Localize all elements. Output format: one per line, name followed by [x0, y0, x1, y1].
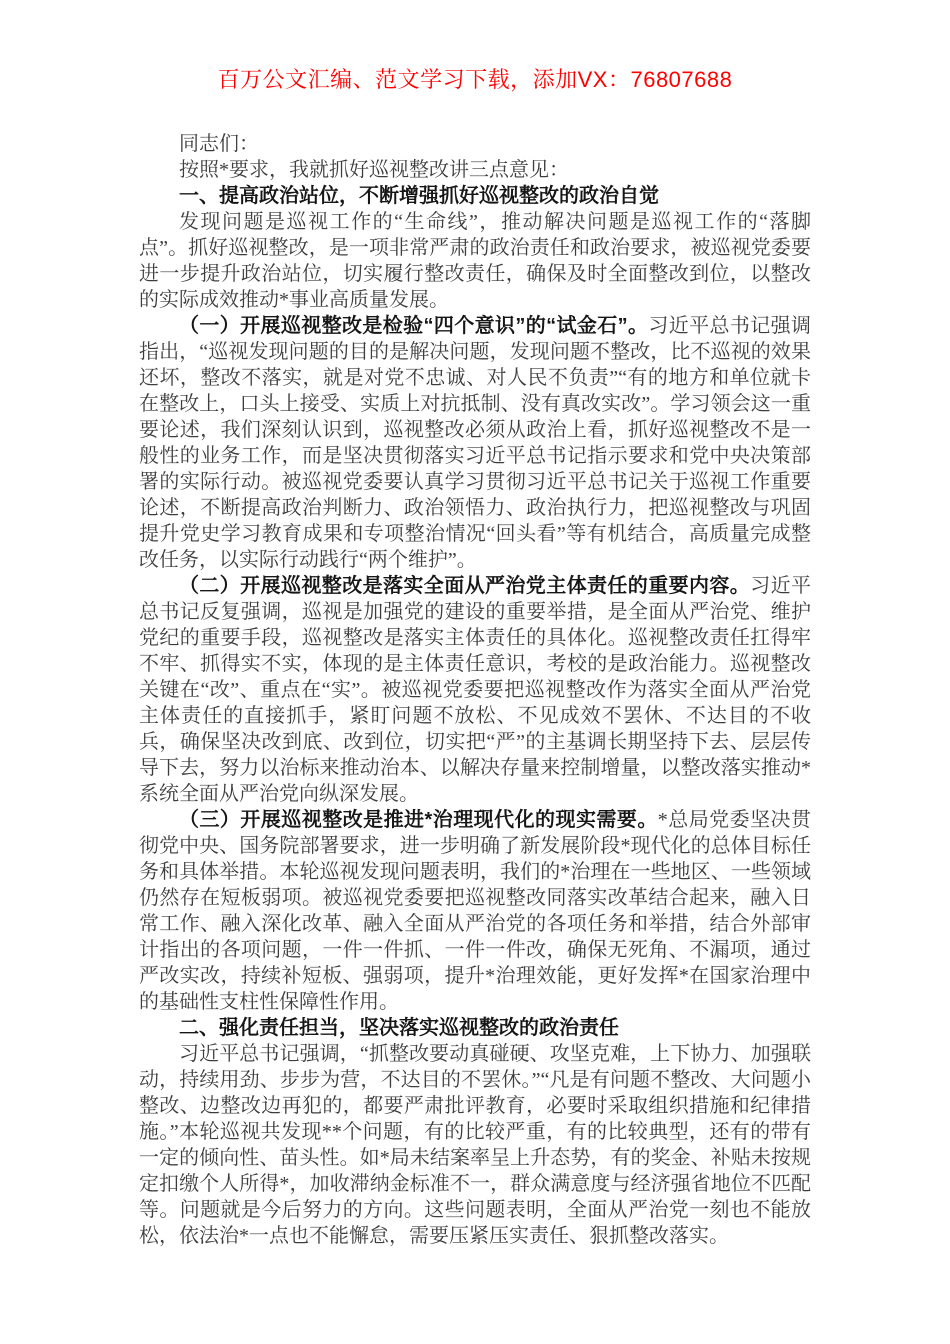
document-page: 百万公文汇编、范文学习下载，添加VX：76807688 同志们：按照*要求，我就… [0, 0, 950, 1344]
paragraph: （三）开展巡视整改是推进*治理现代化的现实需要。*总局党委坚决贯彻党中央、国务院… [139, 807, 811, 1015]
document-body: 同志们：按照*要求，我就抓好巡视整改讲三点意见：一、提高政治站位，不断增强抓好巡… [139, 131, 811, 1249]
paragraph: （一）开展巡视整改是检验“四个意识”的“试金石”。习近平总书记强调指出，“巡视发… [139, 313, 811, 573]
section-heading: 一、提高政治站位，不断增强抓好巡视整改的政治自觉 [139, 183, 811, 209]
paragraph-lead: （一）开展巡视整改是检验“四个意识”的“试金石”。 [179, 315, 648, 337]
paragraph: 习近平总书记强调，“抓整改要动真碰硬、攻坚克难，上下协力、加强联动，持续用劲、步… [139, 1041, 811, 1249]
paragraph-lead: （二）开展巡视整改是落实全面从严治党主体责任的重要内容。 [179, 575, 750, 597]
paragraph-lead: （三）开展巡视整改是推进*治理现代化的现实需要。 [179, 809, 658, 831]
paragraph: （二）开展巡视整改是落实全面从严治党主体责任的重要内容。习近平总书记反复强调，巡… [139, 573, 811, 807]
paragraph: 同志们： [139, 131, 811, 157]
paragraph: 按照*要求，我就抓好巡视整改讲三点意见： [139, 157, 811, 183]
paragraph: 发现问题是巡视工作的“生命线”，推动解决问题是巡视工作的“落脚点”。抓好巡视整改… [139, 209, 811, 313]
section-heading: 二、强化责任担当，坚决落实巡视整改的政治责任 [139, 1015, 811, 1041]
ad-banner-text: 百万公文汇编、范文学习下载，添加VX：76807688 [0, 0, 950, 94]
